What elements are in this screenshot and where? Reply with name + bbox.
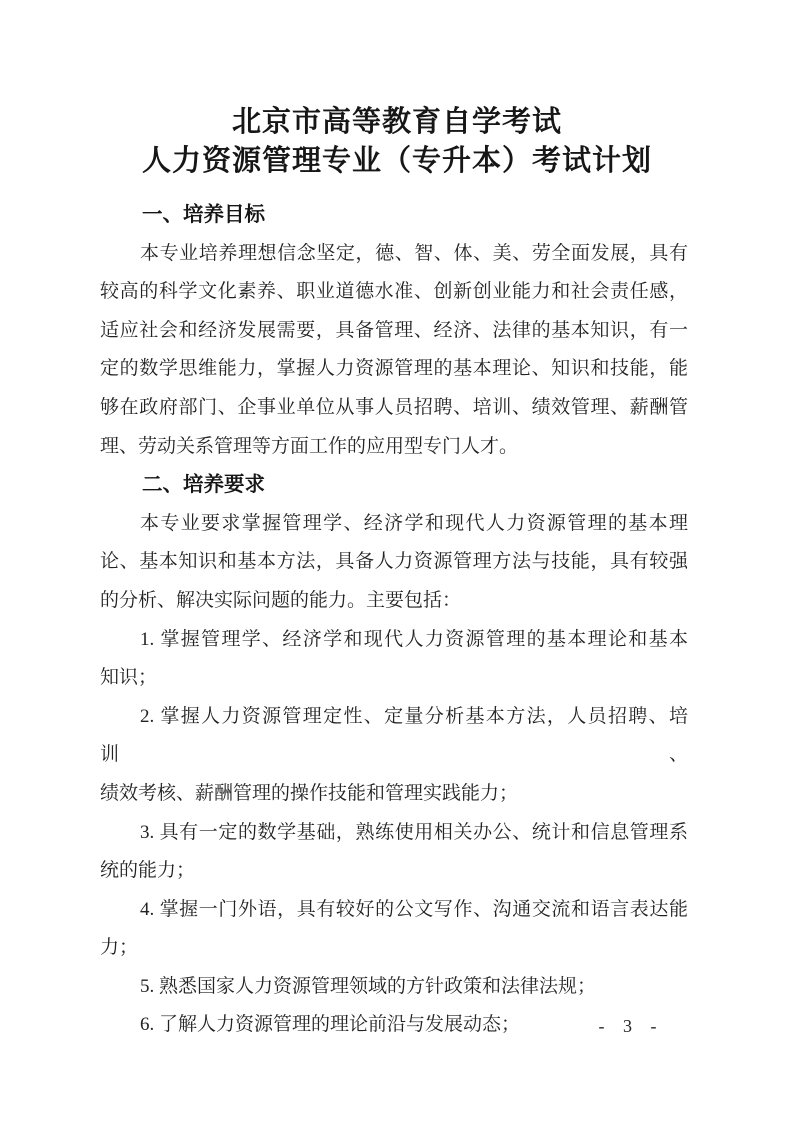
list-item-5: 5. 熟悉国家人力资源管理领域的方针政策和法律法规；	[100, 968, 688, 1007]
text-line: 论、基本知识和基本方法，具备人力资源管理方法与技能，具有较强	[100, 543, 688, 582]
list-item-4-line-1: 4. 掌握一门外语，具有较好的公文写作、沟通交流和语言表达能	[100, 891, 688, 930]
text-line: 本专业要求掌握管理学、经济学和现代人力资源管理的基本理	[100, 505, 688, 544]
list-item-3-line-2: 统的能力；	[100, 852, 688, 891]
list-item-3-line-1: 3. 具有一定的数学基础，熟练使用相关办公、统计和信息管理系	[100, 814, 688, 853]
text-line: 够在政府部门、企事业单位从事人员招聘、培训、绩效管理、薪酬管	[100, 389, 688, 428]
list-item-1-line-1: 1. 掌握管理学、经济学和现代人力资源管理的基本理论和基本	[100, 621, 688, 660]
text-line: 的分析、解决实际问题的能力。主要包括：	[100, 582, 688, 621]
text-line: 本专业培养理想信念坚定，德、智、体、美、劳全面发展，具有	[100, 235, 688, 274]
title-line-1: 北京市高等教育自学考试	[0, 103, 794, 142]
text-line: 较高的科学文化素养、职业道德水准、创新创业能力和社会责任感，	[100, 273, 688, 312]
section-heading-2: 二、培养要求	[100, 466, 688, 505]
list-item-1-line-2: 知识；	[100, 659, 688, 698]
section-heading-1: 一、培养目标	[100, 196, 688, 235]
title-line-2: 人力资源管理专业（专升本）考试计划	[0, 142, 794, 181]
document-body: 一、培养目标 本专业培养理想信念坚定，德、智、体、美、劳全面发展，具有 较高的科…	[100, 196, 688, 1045]
list-item-2-line-2: 绩效考核、薪酬管理的操作技能和管理实践能力；	[100, 775, 688, 814]
text-line: 定的数学思维能力，掌握人力资源管理的基本理论、知识和技能，能	[100, 350, 688, 389]
page-number: - 3 -	[596, 1016, 666, 1037]
text-line: 理、劳动关系管理等方面工作的应用型专门人才。	[100, 428, 688, 467]
list-item-2-line-1: 2. 掌握人力资源管理定性、定量分析基本方法，人员招聘、培训、	[100, 698, 688, 775]
text-line: 适应社会和经济发展需要，具备管理、经济、法律的基本知识，有一	[100, 312, 688, 351]
list-item-4-line-2: 力；	[100, 929, 688, 968]
document-title: 北京市高等教育自学考试 人力资源管理专业（专升本）考试计划	[0, 103, 794, 181]
document-page: 北京市高等教育自学考试 人力资源管理专业（专升本）考试计划 一、培养目标 本专业…	[0, 0, 794, 1123]
